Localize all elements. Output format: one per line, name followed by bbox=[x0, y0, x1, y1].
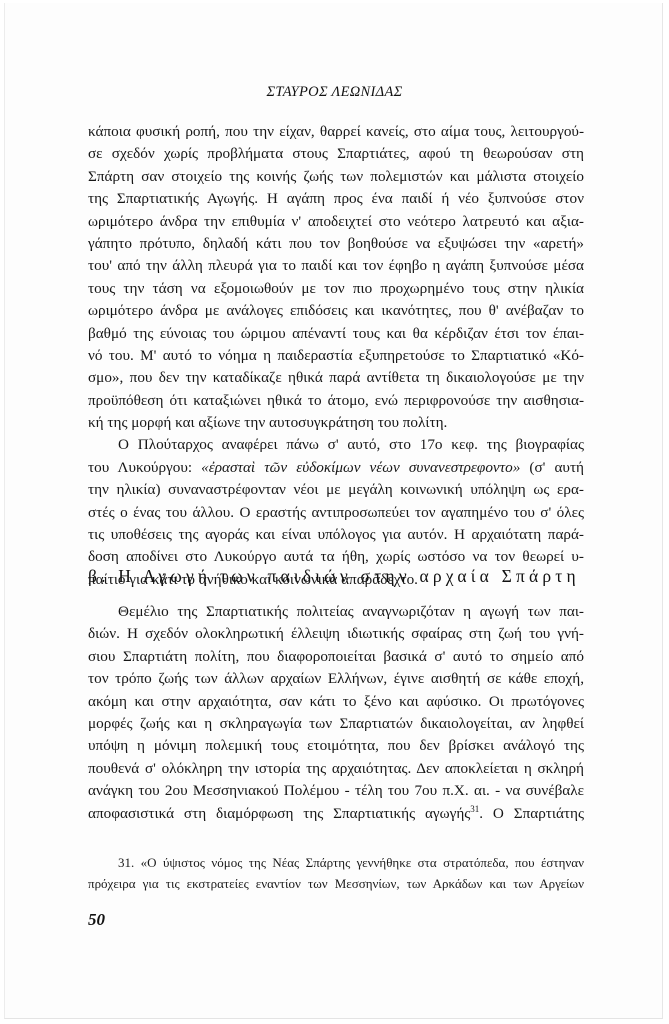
footnote-line: 31. «Ο ύψιστος νόμος της Νέας Σπάρτης γε… bbox=[88, 852, 584, 873]
text-line: τους την τάση να εξομοιωθούν με τον πιο … bbox=[88, 278, 584, 300]
text-line: ωριμότερο άνδρα με ανάλογες επιδόσεις κα… bbox=[88, 300, 584, 322]
text-line: κή της μορφή και αξίωνε την αυτοσυγκράτη… bbox=[88, 412, 584, 434]
text-line: γάπητο πρότυπο, δηλαδή κάτι που τον βοηθ… bbox=[88, 233, 584, 255]
text-line: της Σπαρτιατικής Αγωγής. Η αγάπη προς έν… bbox=[88, 188, 584, 210]
text-line: τις υποθέσεις της αγοράς και είναι υπόλο… bbox=[88, 524, 584, 546]
text-line: ωριμότερο άνδρα την επιθυμία ν' αποδειχτ… bbox=[88, 211, 584, 233]
text-line: υπόψη η μόνιμη πολεμική τους ετοιμότητα,… bbox=[88, 735, 584, 757]
greek-quotation: «ἐρασταὶ τῶν εὐδοκίμων νέων συνανεστρεφο… bbox=[201, 459, 520, 476]
paragraph-spartan-education: Θεμέλιο της Σπαρτιατικής πολιτείας αναγν… bbox=[88, 601, 584, 825]
text-segment: (σ' αυτή bbox=[520, 459, 584, 476]
text-line: ανάγκη του 2ου Μεσσηνιακού Πολέμου - τέλ… bbox=[88, 780, 584, 802]
page-number: 50 bbox=[88, 910, 105, 930]
text-segment: του Λυκούργου: bbox=[88, 459, 201, 476]
text-line: την ηλικία) συναναστρέφονταν νέοι με μεγ… bbox=[88, 479, 584, 501]
text-line: μορφές ζωής και η σκληραγωγία των Σπαρτι… bbox=[88, 713, 584, 735]
text-segment: . Ο Σπαρτιάτης bbox=[479, 805, 584, 822]
text-line: Θεμέλιο της Σπαρτιατικής πολιτείας αναγν… bbox=[88, 601, 584, 623]
paragraph-paiderastia: κάποια φυσική ροπή, που την είχαν, θαρρε… bbox=[88, 121, 584, 591]
text-line-with-footnote-ref: αποφασιστικά στη διαμόρφωση της Σπαρτιατ… bbox=[88, 803, 584, 825]
footnote-line: πρόχειρα για τις εκστρατείες εναντίον τω… bbox=[88, 873, 584, 894]
section-heading: β. Η Αγωγή των παιδιών στην αρχαία Σπάρτ… bbox=[88, 566, 588, 587]
text-line: Σπάρτη σαν στοιχείο της κοινής ζωής των … bbox=[88, 166, 584, 188]
text-line: σμο», που δεν την καταδίκαζε ηθικά παρά … bbox=[88, 367, 584, 389]
text-line: προϋπόθεση ότι καταξιώνει ηθικά το άτομο… bbox=[88, 390, 584, 412]
text-line: του' από την άλλη πλευρά για το παιδί κα… bbox=[88, 255, 584, 277]
text-line: στές ο ένας του άλλου. Ο εραστής αντιπρο… bbox=[88, 502, 584, 524]
text-line: ακόμη και στην αρχαιότητα, σαν κάτι το ξ… bbox=[88, 691, 584, 713]
footnote-31: 31. «Ο ύψιστος νόμος της Νέας Σπάρτης γε… bbox=[88, 852, 584, 894]
running-head-author: ΣΤΑΥΡΟΣ ΛΕΩΝΙΔΑΣ bbox=[0, 84, 669, 101]
text-line: τον τρόπο ζωής των άλλων αρχαίων Ελλήνων… bbox=[88, 668, 584, 690]
text-line: σιου Σπαρτιάτη πολίτη, που διαφοροποιείτ… bbox=[88, 646, 584, 668]
text-line: Ο Πλούταρχος αναφέρει πάνω σ' αυτό, στο … bbox=[88, 434, 584, 456]
text-line: κάποια φυσική ροπή, που την είχαν, θαρρε… bbox=[88, 121, 584, 143]
text-line: πουθενά σ' ολόκληρη την ιστορία της αρχα… bbox=[88, 758, 584, 780]
text-line-with-quote: του Λυκούργου: «ἐρασταὶ τῶν εὐδοκίμων νέ… bbox=[88, 457, 584, 479]
footnote-reference[interactable]: 31 bbox=[470, 804, 479, 814]
text-line: σε σχεδόν χωρίς προβλήματα στους Σπαρτιά… bbox=[88, 143, 584, 165]
text-segment: αποφασιστικά στη διαμόρφωση της Σπαρτιατ… bbox=[88, 805, 470, 822]
text-line: νό του. Μ' αυτό το νόημα η παιδεραστία ε… bbox=[88, 345, 584, 367]
text-line: διών. Η σχεδόν ολοκληρωτική έλλειψη ιδιω… bbox=[88, 623, 584, 645]
text-line: βαθμό της εύνοιας του ώριμου απέναντί το… bbox=[88, 323, 584, 345]
